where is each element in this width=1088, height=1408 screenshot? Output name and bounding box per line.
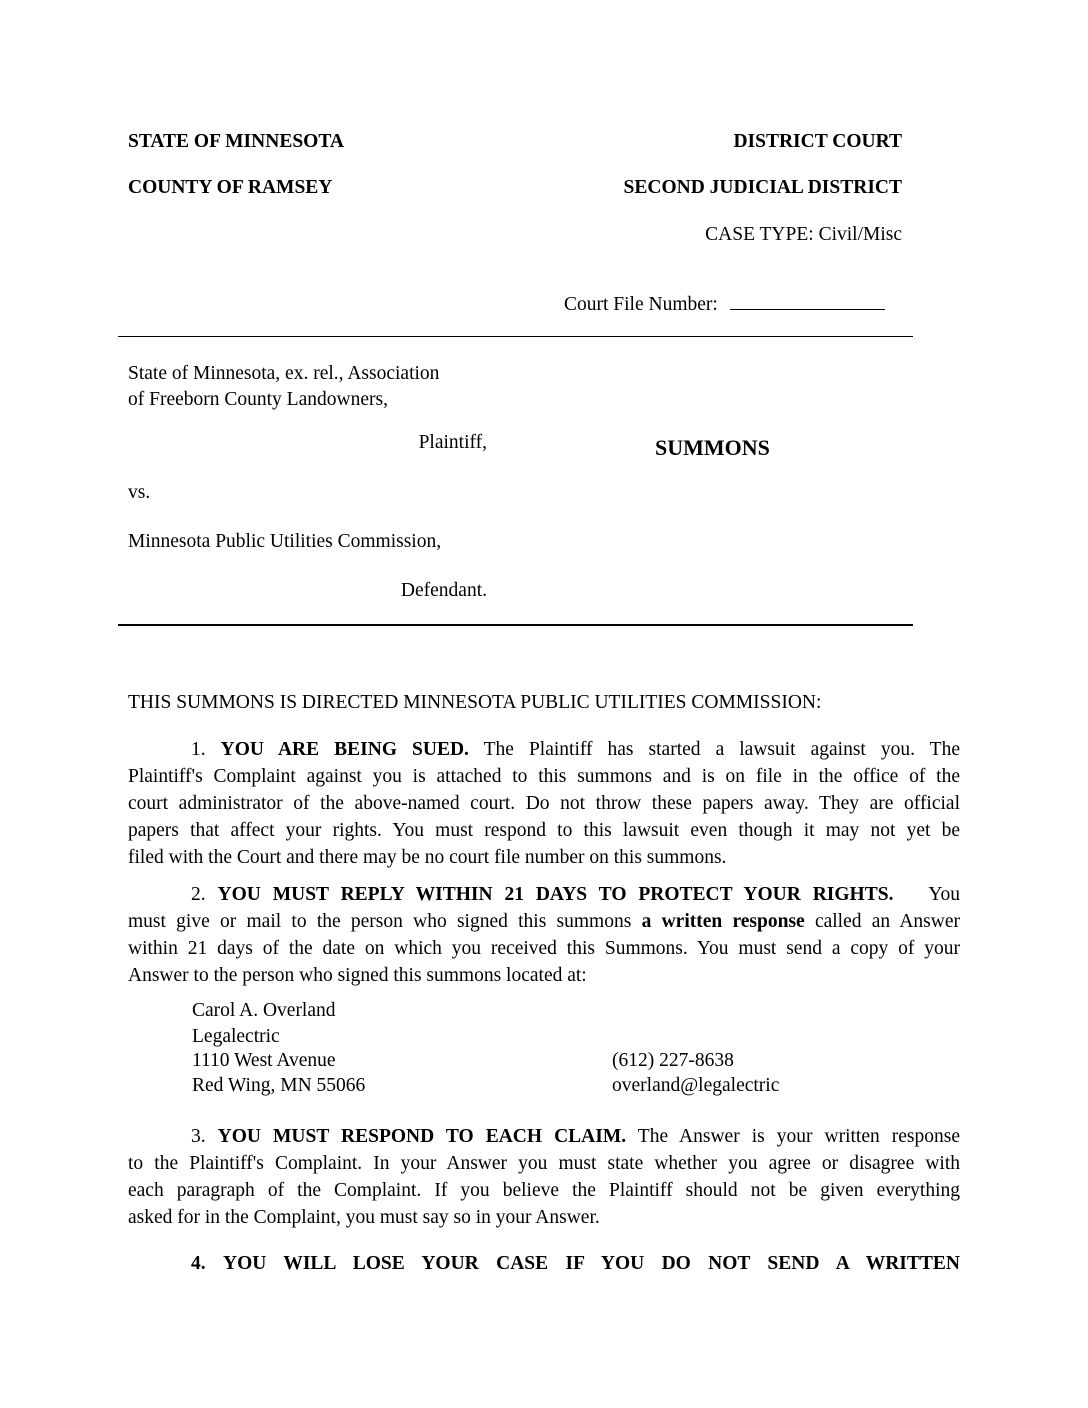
plaintiff-role: Plaintiff,: [419, 433, 487, 453]
written-response-emphasis: a written response: [642, 911, 805, 932]
paragraph-1-line: 1. YOU ARE BEING SUED. The Plaintiff has…: [128, 736, 960, 763]
paragraph-4-heading: YOU WILL LOSE YOUR CASE IF YOU DO NOT SE…: [223, 1253, 960, 1274]
court-file-label: Court File Number:: [564, 294, 718, 315]
paragraph-1-line: Plaintiff's Complaint against you is att…: [128, 763, 960, 790]
contact-email: overland@legalectric: [612, 1076, 779, 1096]
paragraph-2-line: must give or mail to the person who sign…: [128, 908, 960, 935]
defendant-role: Defendant.: [401, 581, 487, 601]
paragraph-4-line: 4. YOU WILL LOSE YOUR CASE IF YOU DO NOT…: [128, 1250, 960, 1277]
court-file-blank: [730, 295, 885, 310]
contact-firm: Legalectric: [192, 1027, 280, 1047]
paragraph-1-line: papers that affect your rights. You must…: [128, 817, 960, 844]
paragraph-2-line: within 21 days of the date on which you …: [128, 935, 960, 962]
paragraph-4: 4. YOU WILL LOSE YOUR CASE IF YOU DO NOT…: [128, 1250, 960, 1277]
paragraph-1-line: filed with the Court and there may be no…: [128, 844, 960, 871]
paragraph-3-line: each paragraph of the Complaint. If you …: [128, 1177, 960, 1204]
contact-name: Carol A. Overland: [192, 1001, 336, 1021]
versus: vs.: [128, 483, 150, 503]
paragraph-2-heading: YOU MUST REPLY WITHIN 21 DAYS TO PROTECT…: [218, 884, 894, 905]
paragraph-3-line: 3. YOU MUST RESPOND TO EACH CLAIM. The A…: [128, 1123, 960, 1150]
court-file-number: Court File Number:: [564, 295, 885, 315]
plaintiff-name-line1: State of Minnesota, ex. rel., Associatio…: [128, 364, 439, 384]
contact-phone: (612) 227-8638: [612, 1051, 734, 1071]
summons-directed: THIS SUMMONS IS DIRECTED MINNESOTA PUBLI…: [128, 693, 821, 713]
county-heading: COUNTY OF RAMSEY: [128, 178, 332, 198]
court-heading: DISTRICT COURT: [733, 132, 902, 152]
paragraph-3-line: asked for in the Complaint, you must say…: [128, 1204, 960, 1231]
case-type: CASE TYPE: Civil/Misc: [705, 225, 902, 245]
state-heading: STATE OF MINNESOTA: [128, 132, 344, 152]
paragraph-2-line: Answer to the person who signed this sum…: [128, 962, 960, 989]
caption-bottom-rule: [118, 624, 913, 626]
paragraph-3: 3. YOU MUST RESPOND TO EACH CLAIM. The A…: [128, 1123, 960, 1231]
plaintiff-name-line2: of Freeborn County Landowners,: [128, 390, 388, 410]
contact-street: 1110 West Avenue: [192, 1051, 336, 1071]
document-title: SUMMONS: [655, 437, 770, 459]
paragraph-2: 2. YOU MUST REPLY WITHIN 21 DAYS TO PROT…: [128, 881, 960, 989]
paragraph-1: 1. YOU ARE BEING SUED. The Plaintiff has…: [128, 736, 960, 871]
paragraph-3-heading: YOU MUST RESPOND TO EACH CLAIM.: [218, 1126, 626, 1147]
district-heading: SECOND JUDICIAL DISTRICT: [624, 178, 902, 198]
paragraph-3-line: to the Plaintiff's Complaint. In your An…: [128, 1150, 960, 1177]
caption-top-rule: [118, 336, 913, 337]
paragraph-1-line: court administrator of the above-named c…: [128, 790, 960, 817]
defendant-name: Minnesota Public Utilities Commission,: [128, 532, 441, 552]
paragraph-1-heading: YOU ARE BEING SUED.: [221, 739, 469, 760]
paragraph-2-line: 2. YOU MUST REPLY WITHIN 21 DAYS TO PROT…: [128, 881, 960, 908]
contact-city: Red Wing, MN 55066: [192, 1076, 365, 1096]
